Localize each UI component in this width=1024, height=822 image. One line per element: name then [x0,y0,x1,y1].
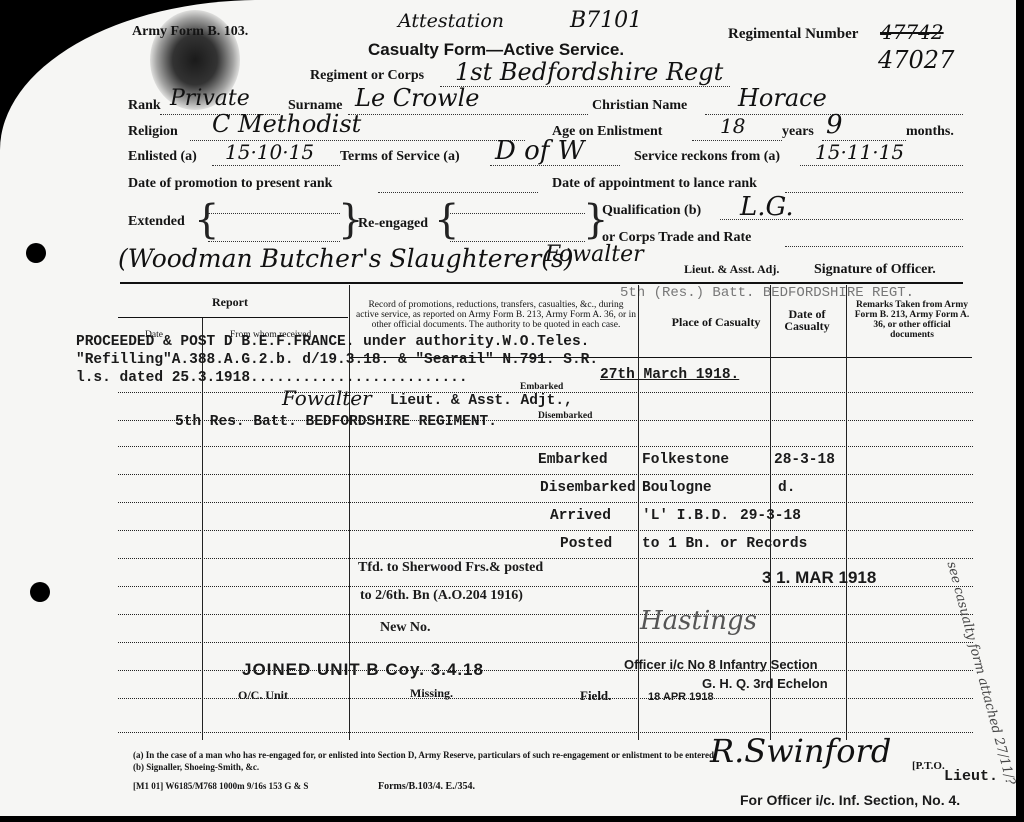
religion-value: C Methodist [212,110,361,138]
typed-proceeded-line: PROCEEDED & POST D B.E.F.FRANCE. under a… [76,334,589,350]
transfer-new-number: New No. [380,620,431,636]
religion-label: Religion [128,124,178,140]
regimental-number-value: 47027 [878,46,954,74]
left-brace-icon: { [194,200,219,240]
oc-unit: O/C. Unit [238,688,288,703]
row-3-date: 29-3-18 [740,508,801,524]
col-record-header: Record of promotions, reductions, transf… [356,300,636,330]
adjutant-signature: Fowalter [282,386,372,410]
file-reference: B7101 [570,8,642,33]
adjutant-unit: 5th Res. Batt. BEDFORDSHIRE REGIMENT. [175,414,497,430]
extended-label: Extended [128,214,185,230]
occupation-value: (Woodman Butcher's Slaughterer(s) [118,244,574,273]
punch-hole [26,243,46,263]
for-officer-stamp: For Officer i/c. Inf. Section, No. 4. [740,792,960,808]
ghq-echelon: G. H. Q. 3rd Echelon [702,676,828,691]
col-report-header: Report [190,295,270,310]
footnote-b: (b) Signaller, Shoeing-Smith, &c. [133,762,259,772]
typed-authority-line: "Refilling"A.388.A.G.2.b. d/19.3.18. & "… [76,352,598,368]
unit-stamp: 5th (Res.) Batt. BEDFORDSHIRE REGT. [620,285,914,301]
left-brace-icon: { [434,200,459,240]
margin-note: see casualty form attached 27/11/? [944,560,1016,787]
age-months-value: 9 [826,110,843,140]
reckons-label: Service reckons from (a) [634,149,780,165]
terms-value: D of W [495,136,584,166]
row-1-date: 28-3-18 [774,452,835,468]
section-officer: Officer i/c No 8 Infantry Section [624,657,818,672]
enlisted-value: 15·10·15 [225,140,314,164]
file-annotation: Attestation [398,10,504,32]
transfer-date-stamp: 3 1. MAR 1918 [762,568,876,588]
casualty-form-sheet: Army Form B. 103. Attestation B7101 Casu… [0,0,1016,816]
transfer-line-2: to 2/6th. Bn (A.O.204 1916) [360,588,523,604]
form-number: Army Form B. 103. [132,24,248,40]
transfer-signature: Hastings [640,606,757,636]
regiment-value: 1st Bedfordshire Regt [455,58,723,86]
row-4-place: to 1 Bn. or Records [642,536,807,552]
embarked-label: Embarked [520,382,563,392]
typed-dated-line: l.s. dated 25.3.1918....................… [76,370,468,386]
disembarked-label: Disembarked [538,411,592,421]
qualification-value: L.G. [740,192,794,222]
form-title: Casualty Form—Active Service. [368,40,624,60]
qualification-label: Qualification (b) [602,203,701,219]
col-date-casualty-header: Date of Casualty [772,308,842,332]
years-label: years [782,124,814,140]
regiment-label: Regiment or Corps [310,68,424,84]
enlisted-label: Enlisted (a) [128,149,197,165]
signature-label: Signature of Officer. [814,262,936,278]
missing-date-stamp: 18 APR 1918 [648,691,714,703]
pto-mark: [P.T.O. [912,760,945,772]
col-remarks-header: Remarks Taken from Army Form B. 213, Arm… [852,300,972,340]
reengaged-label: Re-engaged [358,216,428,232]
typed-date: 27th March 1918. [600,367,739,383]
christian-name-value: Horace [738,84,827,112]
lieut-title: Lieut. [944,768,998,785]
row-1-place: Folkestone [642,452,729,468]
row-2-record: Disembarked [540,480,636,496]
row-3-place: 'L' I.B.D. [642,508,729,524]
promotion-label: Date of promotion to present rank [128,176,332,192]
terms-label: Terms of Service (a) [340,149,460,165]
lance-rank-label: Date of appointment to lance rank [552,176,757,192]
missing-status: Missing. [410,686,453,701]
joined-unit: JOINED UNIT B Coy. 3.4.18 [242,660,484,680]
row-1-record: Embarked [538,452,608,468]
row-3-record: Arrived [550,508,611,524]
officer-title: Lieut. & Asst. Adj. [684,262,779,277]
rank-label: Rank [128,98,161,114]
surname-value: Le Crowle [355,84,479,112]
months-label: months. [906,124,954,140]
print-code: [M1 01] W6185/M768 1000m 9/16s 153 G & S [133,781,308,791]
age-years-value: 18 [720,114,745,138]
transfer-line-1: Tfd. to Sherwood Frs.& posted [358,560,543,576]
regimental-number-label: Regimental Number [728,26,858,43]
christian-name-label: Christian Name [592,98,687,114]
row-4-record: Posted [560,536,612,552]
field-location: Field. [580,688,611,704]
col-place-header: Place of Casualty [642,315,790,330]
footnote-a: (a) In the case of a man who has re-enga… [133,750,716,760]
adjutant-title: Lieut. & Asst. Adjt., [390,393,573,409]
regimental-number-struck: 47742 [880,20,944,44]
row-2-place: Boulogne [642,480,712,496]
forms-code: Forms/B.103/4. E./354. [378,781,475,792]
punch-hole [30,582,50,602]
final-signature: R.Swinford [710,732,891,770]
rank-value: Private [170,86,250,111]
row-2-date: d. [778,480,795,496]
reckons-value: 15·11·15 [815,140,904,164]
officer-signature: Fowalter [545,242,644,267]
